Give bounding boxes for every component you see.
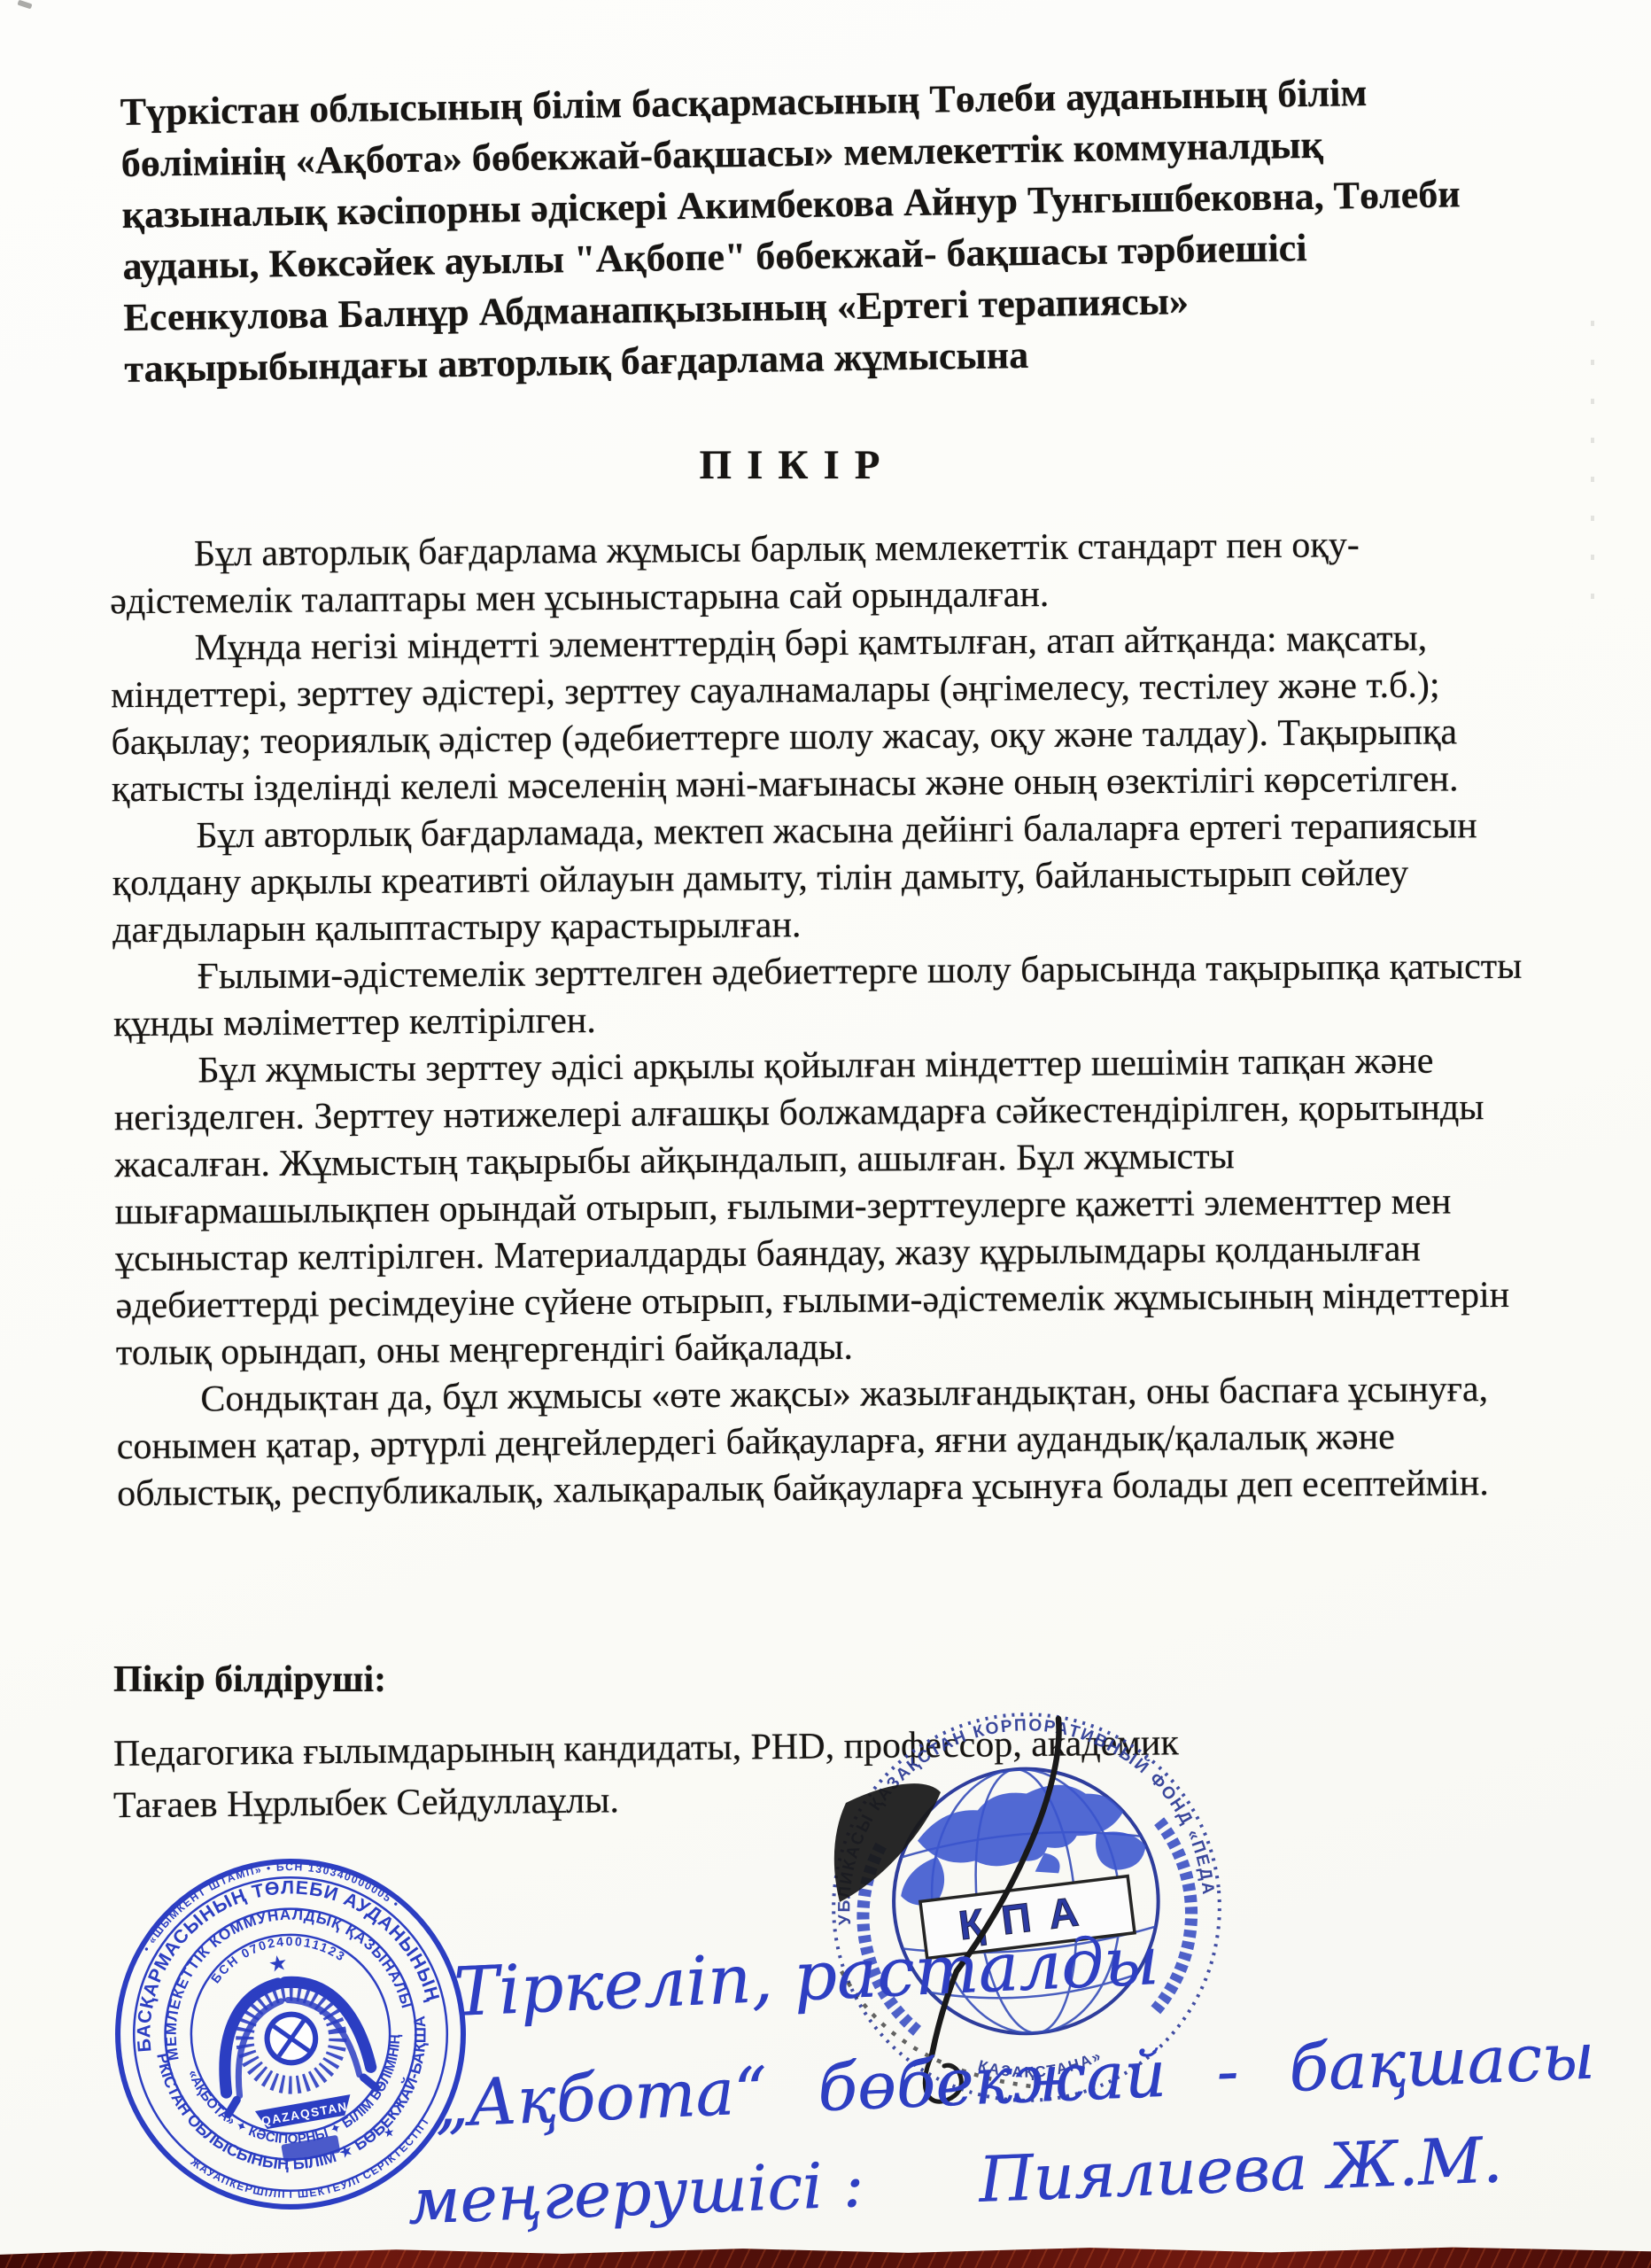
scanned-review-page: Түркістан облысының білім басқармасының … (0, 0, 1651, 2268)
pen-triangle-mark (834, 1783, 941, 1902)
review-body: Бұл авторлық бағдарлама жұмысы барлық ме… (110, 521, 1530, 1518)
paragraph-6: Сондықтан да, бұл жұмысы «өте жақсы» жаз… (116, 1366, 1529, 1518)
paragraph-1: Бұл авторлық бағдарлама жұмысы барлық ме… (110, 521, 1523, 626)
paragraph-5: Бұл жұмысты зерттеу әдісі арқылы қойылға… (113, 1037, 1528, 1378)
page-title: ПІКІР (0, 441, 1594, 489)
reviewer-label: Пікір білдіруші: (113, 1658, 386, 1701)
paragraph-4: Ғылыми-әдістемелік зерттелген әдебиеттер… (112, 944, 1525, 1049)
scan-edge-artifact (1591, 321, 1594, 613)
paragraph-3: Бұл авторлық бағдарламада, мектеп жасына… (112, 803, 1524, 955)
scan-speck (17, 0, 32, 9)
scan-background-strip (0, 2245, 1651, 2268)
paragraph-2: Мұнда негізі міндетті элементтердің бәрі… (110, 615, 1523, 814)
emblem-star-icon: ★ (267, 1951, 290, 1977)
document-header: Түркістан облысының білім басқармасының … (120, 66, 1479, 395)
